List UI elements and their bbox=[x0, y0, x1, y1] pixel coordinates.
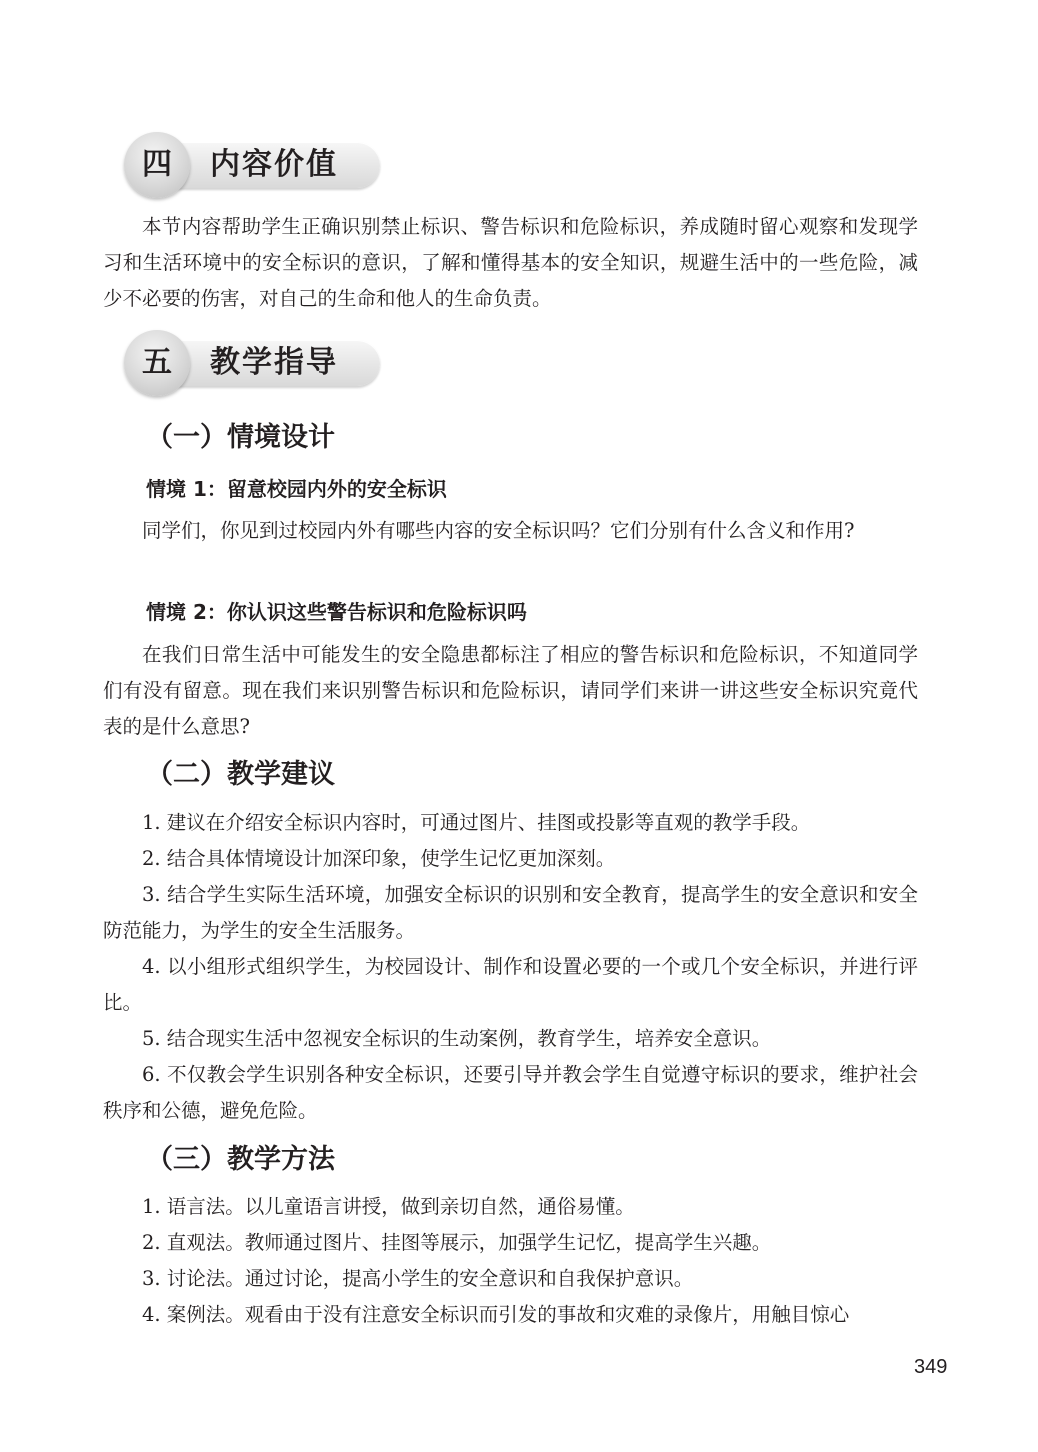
section-title: 内容价值 bbox=[210, 132, 338, 198]
method-item: 2. 直观法。教师通过图片、挂图等展示，加强学生记忆，提高学生兴趣。 bbox=[103, 1225, 918, 1261]
content-value-paragraph: 本节内容帮助学生正确识别禁止标识、警告标识和危险标识，养成随时留心观察和发现学习… bbox=[103, 209, 918, 317]
subheading-situation-design: （一）情境设计 bbox=[146, 420, 335, 456]
section-number: 五 bbox=[124, 330, 190, 396]
page-number: 349 bbox=[914, 1356, 947, 1379]
section-title: 教学指导 bbox=[210, 330, 338, 396]
suggestion-item: 3. 结合学生实际生活环境，加强安全标识的识别和安全教育，提高学生的安全意识和安… bbox=[103, 877, 918, 949]
section-heading-content-value: 四 内容价值 bbox=[124, 132, 384, 198]
scenario-1-text: 同学们，你见到过校园内外有哪些内容的安全标识吗？它们分别有什么含义和作用? bbox=[103, 513, 918, 549]
suggestion-item: 4. 以小组形式组织学生，为校园设计、制作和设置必要的一个或几个安全标识，并进行… bbox=[103, 949, 918, 1021]
scenario-1-title: 情境 1：留意校园内外的安全标识 bbox=[146, 473, 447, 505]
section-heading-teaching-guidance: 五 教学指导 bbox=[124, 330, 384, 396]
method-item: 1. 语言法。以儿童语言讲授，做到亲切自然，通俗易懂。 bbox=[103, 1189, 918, 1225]
suggestion-item: 6. 不仅教会学生识别各种安全标识，还要引导并教会学生自觉遵守标识的要求，维护社… bbox=[103, 1057, 918, 1129]
subheading-teaching-methods: （三）教学方法 bbox=[146, 1142, 335, 1178]
section-number: 四 bbox=[124, 132, 190, 198]
scenario-2-title: 情境 2：你认识这些警告标识和危险标识吗 bbox=[146, 596, 527, 628]
suggestion-item: 5. 结合现实生活中忽视安全标识的生动案例，教育学生，培养安全意识。 bbox=[103, 1021, 918, 1057]
document-page: 四 内容价值 本节内容帮助学生正确识别禁止标识、警告标识和危险标识，养成随时留心… bbox=[0, 0, 1038, 1452]
method-item: 3. 讨论法。通过讨论，提高小学生的安全意识和自我保护意识。 bbox=[103, 1261, 918, 1297]
suggestion-item: 2. 结合具体情境设计加深印象，使学生记忆更加深刻。 bbox=[103, 841, 918, 877]
scenario-2-text: 在我们日常生活中可能发生的安全隐患都标注了相应的警告标识和危险标识，不知道同学们… bbox=[103, 637, 918, 745]
method-item: 4. 案例法。观看由于没有注意安全标识而引发的事故和灾难的录像片，用触目惊心 bbox=[103, 1297, 918, 1333]
subheading-teaching-suggestions: （二）教学建议 bbox=[146, 757, 335, 793]
suggestion-item: 1. 建议在介绍安全标识内容时，可通过图片、挂图或投影等直观的教学手段。 bbox=[103, 805, 918, 841]
